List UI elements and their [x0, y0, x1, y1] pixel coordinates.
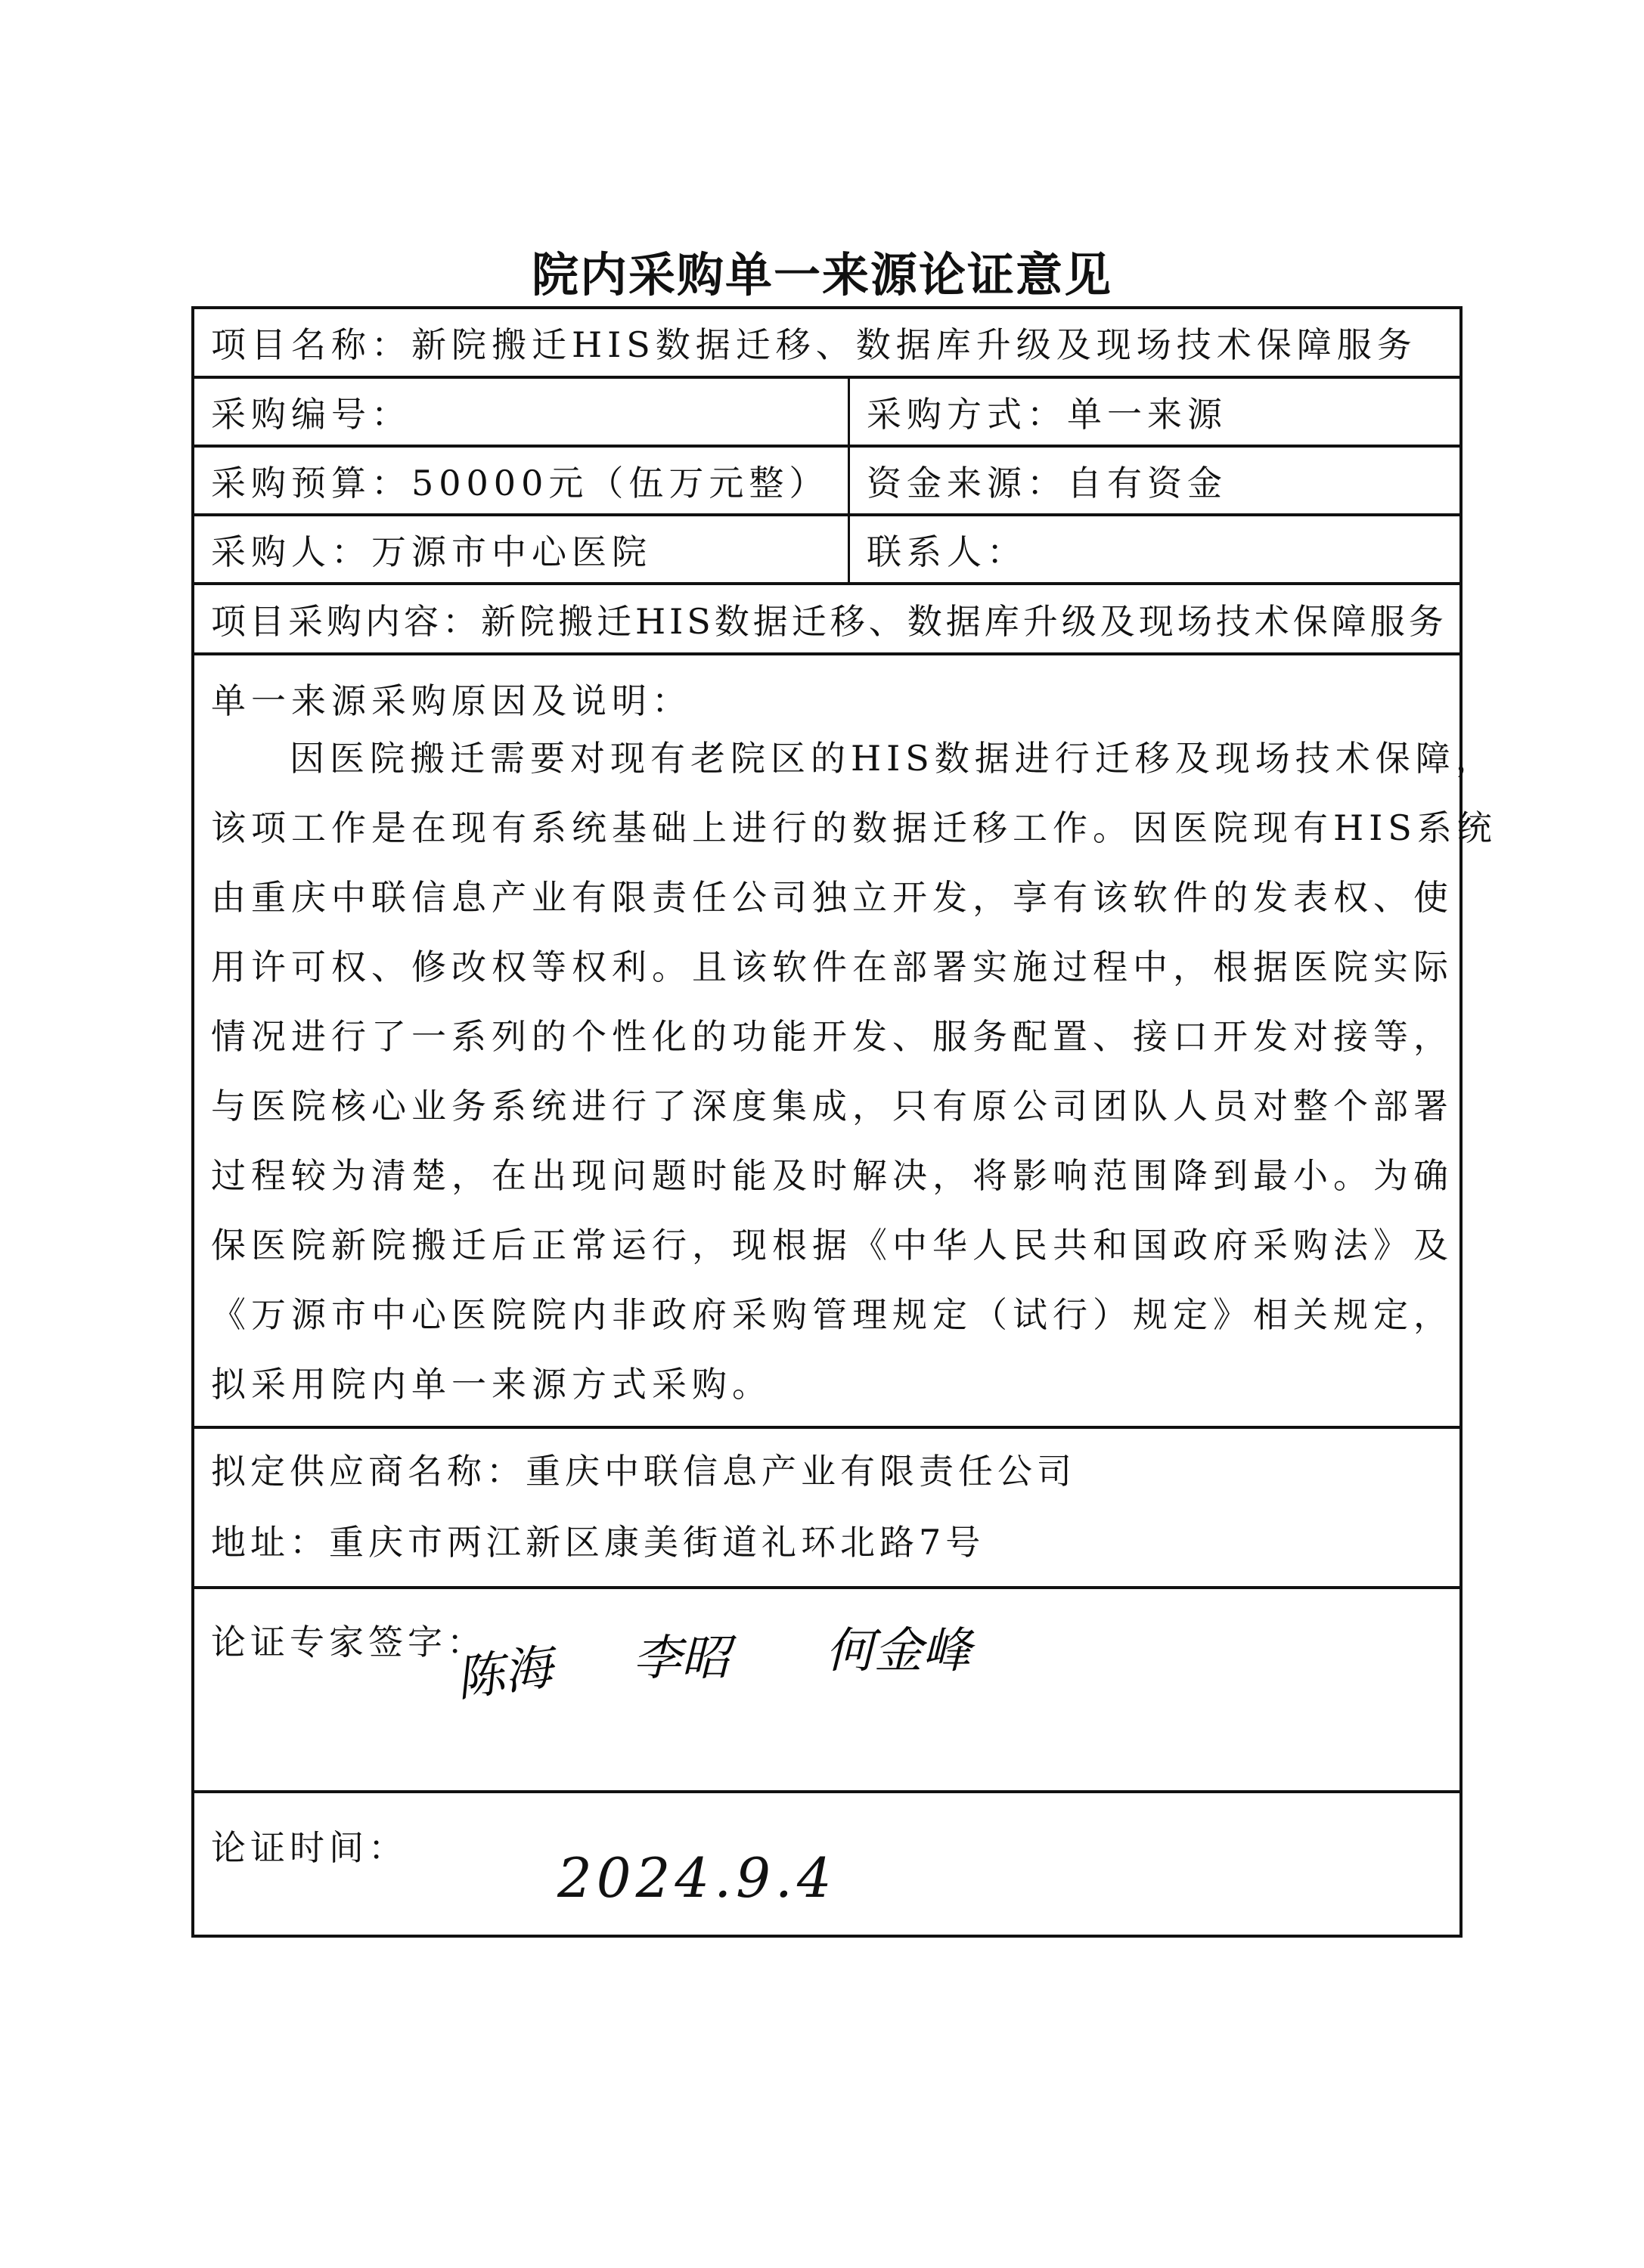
supplier-name: 拟定供应商名称：重庆中联信息产业有限责任公司 [194, 1448, 1459, 1494]
date-label: 论证时间： [211, 1820, 408, 1870]
row-purchaser-contact: 采购人：万源市中心医院 联系人： [194, 516, 1459, 585]
reason-line: 与医院核心业务系统进行了深度集成，只有原公司团队人员对整个部署 [211, 1071, 1443, 1141]
reason-line: 由重庆中联信息产业有限责任公司独立开发，享有该软件的发表权、使 [211, 863, 1443, 932]
reason-line: 因医院搬迁需要对现有老院区的HIS数据进行迁移及现场技术保障， [211, 723, 1443, 793]
reason-line: 《万源市中心医院院内非政府采购管理规定（试行）规定》相关规定， [211, 1280, 1443, 1349]
row-expert-signatures: 论证专家签字： 陈海 李昭 何金峰 [194, 1589, 1459, 1793]
row-reason: 单一来源采购原因及说明： 因医院搬迁需要对现有老院区的HIS数据进行迁移及现场技… [194, 678, 1459, 1429]
budget-field: 采购预算：50000元（伍万元整） [194, 448, 850, 513]
reason-line: 保医院新院搬迁后正常运行，现根据《中华人民共和国政府采购法》及 [211, 1210, 1443, 1280]
row-number-method: 采购编号： 采购方式：单一来源 [194, 379, 1459, 448]
procurement-number-field: 采购编号： [194, 379, 850, 445]
fund-source-field: 资金来源：自有资金 [850, 448, 1459, 513]
project-name-field: 项目名称：新院搬迁HIS数据迁移、数据库升级及现场技术保障服务 [194, 309, 1459, 376]
expert-signature-3: 何金峰 [826, 1612, 971, 1681]
reason-label: 单一来源采购原因及说明： [194, 678, 1459, 723]
row-project-name: 项目名称：新院搬迁HIS数据迁移、数据库升级及现场技术保障服务 [194, 309, 1459, 379]
row-procurement-content: 项目采购内容：新院搬迁HIS数据迁移、数据库升级及现场技术保障服务 [194, 585, 1459, 655]
reason-line: 过程较为清楚，在出现问题时能及时解决，将影响范围降到最小。为确 [211, 1141, 1443, 1210]
row-supplier: 拟定供应商名称：重庆中联信息产业有限责任公司 地址：重庆市两江新区康美街道礼环北… [194, 1448, 1459, 1589]
expert-signature-1: 陈海 [451, 1628, 557, 1711]
contact-field: 联系人： [850, 516, 1459, 582]
handwritten-date: 2024.9.4 [557, 1846, 836, 1910]
purchaser-field: 采购人：万源市中心医院 [194, 516, 850, 582]
reason-line: 拟采用院内单一来源方式采购。 [211, 1349, 1443, 1419]
expert-signature-label: 论证专家签字： [211, 1615, 486, 1665]
reason-line: 情况进行了一系列的个性化的功能开发、服务配置、接口开发对接等， [211, 1002, 1443, 1071]
reason-paragraph: 因医院搬迁需要对现有老院区的HIS数据进行迁移及现场技术保障， 该项工作是在现有… [194, 723, 1459, 1419]
document-title: 院内采购单一来源论证意见 [0, 246, 1644, 304]
procurement-method-field: 采购方式：单一来源 [850, 379, 1459, 445]
procurement-content-field: 项目采购内容：新院搬迁HIS数据迁移、数据库升级及现场技术保障服务 [194, 585, 1459, 652]
procurement-form-table: 项目名称：新院搬迁HIS数据迁移、数据库升级及现场技术保障服务 采购编号： 采购… [191, 306, 1463, 1938]
row-date: 论证时间： 2024.9.4 [194, 1793, 1459, 1935]
expert-signature-2: 李昭 [633, 1619, 730, 1689]
supplier-address: 地址：重庆市两江新区康美街道礼环北路7号 [194, 1520, 1459, 1565]
row-budget-fund: 采购预算：50000元（伍万元整） 资金来源：自有资金 [194, 448, 1459, 516]
reason-line: 用许可权、修改权等权利。且该软件在部署实施过程中，根据医院实际 [211, 932, 1443, 1002]
reason-line: 该项工作是在现有系统基础上进行的数据迁移工作。因医院现有HIS系统 [211, 793, 1443, 863]
